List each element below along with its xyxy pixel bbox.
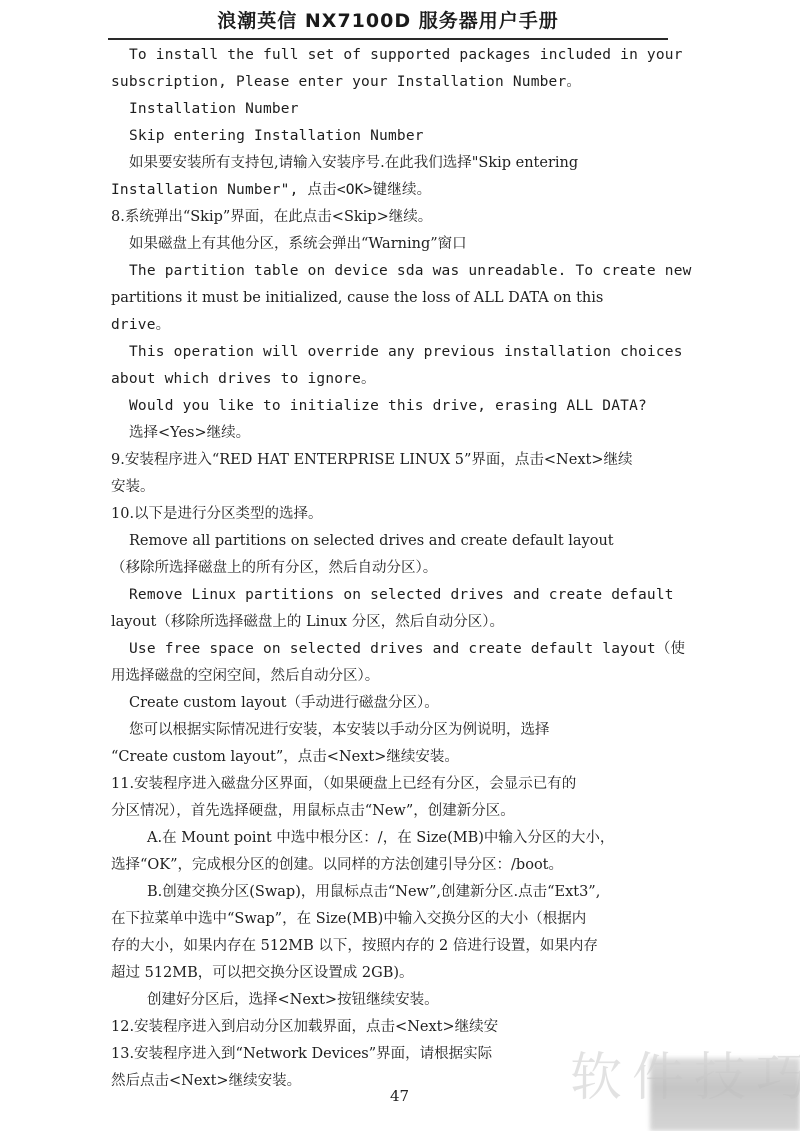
text-line: 用选择磁盘的空闲空间，然后自动分区）。 [111,663,695,690]
text-line: 您可以根据实际情况进行安装，本安装以手动分区为例说明，选择 [111,717,695,744]
text-line: 9.安装程序进入“RED HAT ENTERPRISE LINUX 5”界面，点… [111,447,695,474]
text-line: 选择“OK”，完成根分区的创建。以同样的方法创建引导分区：/boot。 [111,852,695,879]
watermark-image-overlay [650,1058,800,1131]
text-line: Use free space on selected drives and cr… [111,636,695,663]
text-line: The partition table on device sda was un… [111,258,695,285]
text-line: Remove Linux partitions on selected driv… [111,582,695,609]
text-line: This operation will override any previou… [111,339,695,366]
header-divider [108,38,668,40]
text-line: 创建好分区后，选择<Next>按钮继续安装。 [111,987,695,1014]
text-line: 安装。 [111,474,695,501]
text-line: partitions it must be initialized, cause… [111,285,695,312]
text-line: “Create custom layout”，点击<Next>继续安装。 [111,744,695,771]
text-line: 13.安装程序进入到“Network Devices”界面，请根据实际 [111,1041,563,1068]
text-line: Remove all partitions on selected drives… [111,528,695,555]
text-line: Would you like to initialize this drive,… [111,393,695,420]
text-line: about which drives to ignore。 [111,366,695,393]
text-line: Installation Number [111,96,695,123]
text-line: （移除所选择磁盘上的所有分区，然后自动分区）。 [111,555,695,582]
page-header-title: 浪潮英信 NX7100D 服务器用户手册 [108,6,668,33]
text-line: 11.安装程序进入磁盘分区界面，（如果硬盘上已经有分区，会显示已有的 [111,771,695,798]
page-number: 47 [390,1087,409,1105]
text-line: 存的大小，如果内存在 512MB 以下，按照内存的 2 倍进行设置，如果内存 [111,933,695,960]
text-line: A.在 Mount point 中选中根分区：/，在 Size(MB)中输入分区… [111,825,695,852]
text-line: Installation Number", 点击<OK>键继续。 [111,177,695,204]
text-line: 在下拉菜单中选中“Swap”，在 Size(MB)中输入交换分区的大小（根据内 [111,906,695,933]
text-line: Skip entering Installation Number [111,123,695,150]
text-line: To install the full set of supported pac… [111,42,695,69]
text-line: 12.安装程序进入到启动分区加载界面，点击<Next>继续安 [111,1014,563,1041]
text-line: 如果磁盘上有其他分区，系统会弹出“Warning”窗口 [111,231,695,258]
text-line: 选择<Yes>继续。 [111,420,695,447]
text-line: 如果要安装所有支持包,请输入安装序号.在此我们选择"Skip entering [111,150,695,177]
text-line: subscription, Please enter your Installa… [111,69,695,96]
text-line: drive。 [111,312,695,339]
text-line: Create custom layout（手动进行磁盘分区）。 [111,690,695,717]
document-body: To install the full set of supported pac… [111,42,695,1095]
text-line: B.创建交换分区(Swap)，用鼠标点击“New”,创建新分区.点击“Ext3”… [111,879,695,906]
text-line: 8.系统弹出“Skip”界面，在此点击<Skip>继续。 [111,204,695,231]
text-line: 超过 512MB，可以把交换分区设置成 2GB)。 [111,960,695,987]
text-line: layout（移除所选择磁盘上的 Linux 分区，然后自动分区）。 [111,609,695,636]
text-line: 10.以下是进行分区类型的选择。 [111,501,695,528]
text-line: 分区情况），首先选择硬盘，用鼠标点击“New”，创建新分区。 [111,798,695,825]
